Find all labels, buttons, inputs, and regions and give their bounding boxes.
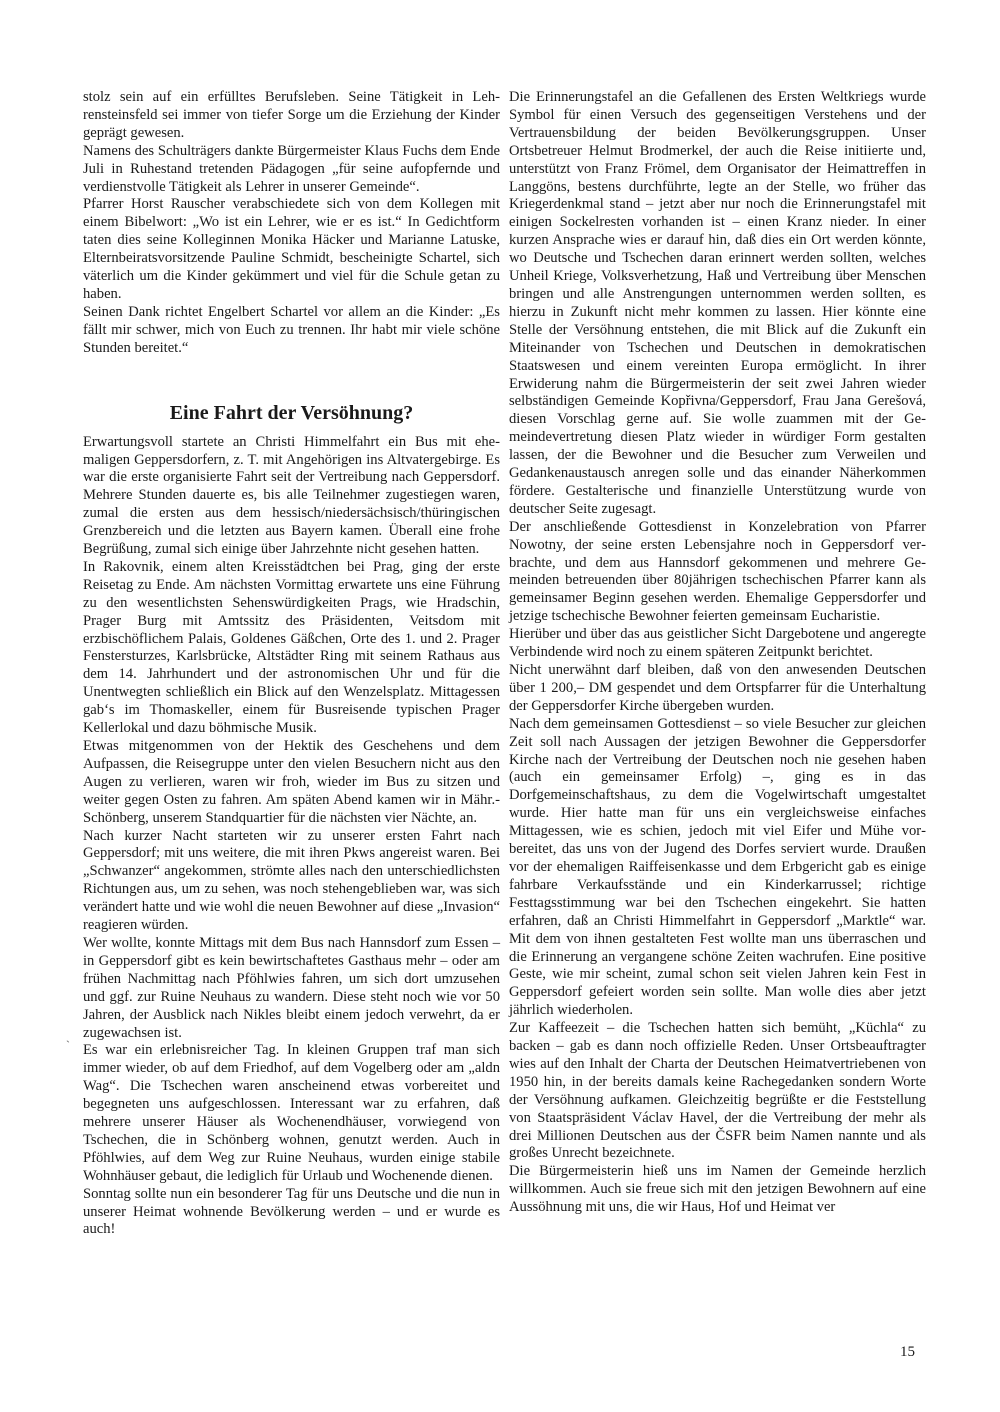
- paragraph: Sonntag sollte nun ein besonderer Tag fü…: [83, 1186, 500, 1240]
- paragraph: Erwartungsvoll startete an Christi Himme…: [83, 434, 500, 559]
- paragraph: Etwas mitgenommen von der Hektik des Ges…: [83, 738, 500, 828]
- page-number: 15: [900, 1344, 915, 1361]
- paragraph: Wer wollte, konnte Mittags mit dem Bus n…: [83, 935, 500, 1042]
- paragraph: Nicht unerwähnt darf bleiben, daß von de…: [509, 662, 926, 716]
- paragraph: Namens des Schulträgers dankte Bürgermei…: [83, 143, 500, 197]
- paragraph: Die Erinnerungstafel an die Gefallenen d…: [509, 89, 926, 519]
- paragraph: stolz sein auf ein erfülltes Berufsleben…: [83, 89, 500, 143]
- paragraph: Es war ein erlebnisreicher Tag. In klein…: [83, 1042, 500, 1185]
- paragraph: Der anschließende Gottesdienst in Konzel…: [509, 519, 926, 626]
- paragraph: Hierüber und über das aus geistlicher Si…: [509, 626, 926, 662]
- paragraph: Nach dem gemeinsamen Gottesdienst – so v…: [509, 716, 926, 1020]
- paragraph: Zur Kaffeezeit – die Tschechen hatten si…: [509, 1020, 926, 1163]
- scan-artifact-mark: `: [66, 1038, 70, 1053]
- article-heading: Eine Fahrt der Versöhnung?: [83, 402, 500, 424]
- paragraph: Die Bürgermeisterin hieß uns im Namen de…: [509, 1163, 926, 1217]
- left-column: stolz sein auf ein erfülltes Berufsleben…: [83, 89, 500, 1239]
- paragraph: Seinen Dank richtet Engelbert Schartel v…: [83, 304, 500, 358]
- paragraph: In Rakovnik, einem alten Kreisstädtchen …: [83, 559, 500, 738]
- paragraph: Pfarrer Horst Rauscher verabschiedete si…: [83, 196, 500, 303]
- right-column: Die Erinnerungstafel an die Gefallenen d…: [509, 89, 926, 1217]
- paragraph: Nach kurzer Nacht starteten wir zu unser…: [83, 828, 500, 935]
